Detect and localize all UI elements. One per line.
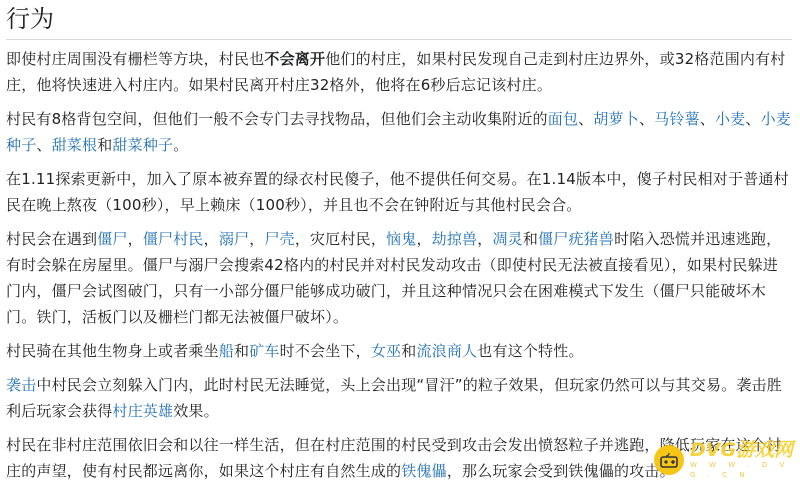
text: 和 xyxy=(234,342,249,360)
paragraph: 袭击中村民会立刻躲入门内，此时村民无法睡觉，头上会出现“冒汗”的粒子效果，但玩家… xyxy=(6,372,792,424)
text: 、 xyxy=(639,110,654,128)
text: ，那么玩家会受到铁傀儡的攻击。 xyxy=(447,462,675,480)
text: 村民骑在其他生物身上或者乘坐 xyxy=(6,342,219,360)
text: 和 xyxy=(523,230,538,248)
wiki-link[interactable]: 胡萝卜 xyxy=(593,110,639,128)
wiki-link[interactable]: 僵尸 xyxy=(97,230,127,248)
paragraph: 村民有8格背包空间，但他们一般不会专门去寻找物品，但他们会主动收集附近的面包、胡… xyxy=(6,106,792,158)
watermark: DVG游戏网 W W W . D V G . C N xyxy=(654,438,800,481)
watermark-title: DVG游戏网 xyxy=(690,440,800,460)
wiki-link[interactable]: 马铃薯 xyxy=(654,110,700,128)
wiki-link[interactable]: 凋灵 xyxy=(492,230,522,248)
bold-text: 不会离开 xyxy=(264,50,325,68)
text: 即使村庄周围没有栅栏等方块，村民也 xyxy=(6,50,264,68)
wiki-link[interactable]: 面包 xyxy=(548,110,578,128)
text: ， xyxy=(416,230,431,248)
wiki-link[interactable]: 甜菜根 xyxy=(52,136,98,154)
paragraphs: 即使村庄周围没有栅栏等方块，村民也不会离开他们的村庄，如果村民发现自己走到村庄边… xyxy=(6,46,792,481)
wiki-link[interactable]: 村庄英雄 xyxy=(112,402,173,420)
gamepad-icon xyxy=(654,445,684,475)
wiki-link[interactable]: 小麦 xyxy=(715,110,745,128)
text: 时不会坐下， xyxy=(280,342,371,360)
paragraph: 村民会在遇到僵尸，僵尸村民，溺尸，尸壳，灾厄村民，恼鬼，劫掠兽，凋灵和僵尸疣猪兽… xyxy=(6,226,792,330)
watermark-url: W W W . D V G . C N xyxy=(690,460,800,480)
text: 在1.11探索更新中，加入了原本被弃置的绿衣村民傻子，他不提供任何交易。在1.1… xyxy=(6,170,789,214)
text: 效果。 xyxy=(173,402,219,420)
text: ， xyxy=(477,230,492,248)
wiki-link[interactable]: 僵尸疣猪兽 xyxy=(538,230,614,248)
wiki-link[interactable]: 船 xyxy=(219,342,234,360)
text: 、 xyxy=(745,110,760,128)
wiki-link[interactable]: 溺尸 xyxy=(219,230,249,248)
wiki-link[interactable]: 袭击 xyxy=(6,376,36,394)
wiki-link[interactable]: 矿车 xyxy=(249,342,279,360)
text: 、 xyxy=(578,110,593,128)
section-heading: 行为 xyxy=(6,4,792,40)
article-content: 行为 即使村庄周围没有栅栏等方块，村民也不会离开他们的村庄，如果村民发现自己走到… xyxy=(0,4,800,481)
text: 、 xyxy=(700,110,715,128)
text: ， xyxy=(249,230,264,248)
wiki-link[interactable]: 尸壳 xyxy=(264,230,294,248)
text: 也有这个特性。 xyxy=(477,342,583,360)
wiki-link[interactable]: 女巫 xyxy=(371,342,401,360)
wiki-link[interactable]: 劫掠兽 xyxy=(432,230,478,248)
text: ，灾厄村民， xyxy=(295,230,386,248)
wiki-link[interactable]: 铁傀儡 xyxy=(401,462,447,480)
paragraph: 即使村庄周围没有栅栏等方块，村民也不会离开他们的村庄，如果村民发现自己走到村庄边… xyxy=(6,46,792,98)
text: 、 xyxy=(36,136,51,154)
text: 村民会在遇到 xyxy=(6,230,97,248)
text: 和 xyxy=(401,342,416,360)
wiki-link[interactable]: 流浪商人 xyxy=(416,342,477,360)
text: 和 xyxy=(97,136,112,154)
text: ， xyxy=(128,230,143,248)
paragraph: 在1.11探索更新中，加入了原本被弃置的绿衣村民傻子，他不提供任何交易。在1.1… xyxy=(6,166,792,218)
text: 村民有8格背包空间，但他们一般不会专门去寻找物品，但他们会主动收集附近的 xyxy=(6,110,548,128)
text: 。 xyxy=(173,136,188,154)
paragraph: 村民骑在其他生物身上或者乘坐船和矿车时不会坐下，女巫和流浪商人也有这个特性。 xyxy=(6,338,792,364)
wiki-link[interactable]: 僵尸村民 xyxy=(143,230,204,248)
wiki-link[interactable]: 甜菜种子 xyxy=(112,136,173,154)
text: ， xyxy=(204,230,219,248)
wiki-link[interactable]: 恼鬼 xyxy=(386,230,416,248)
